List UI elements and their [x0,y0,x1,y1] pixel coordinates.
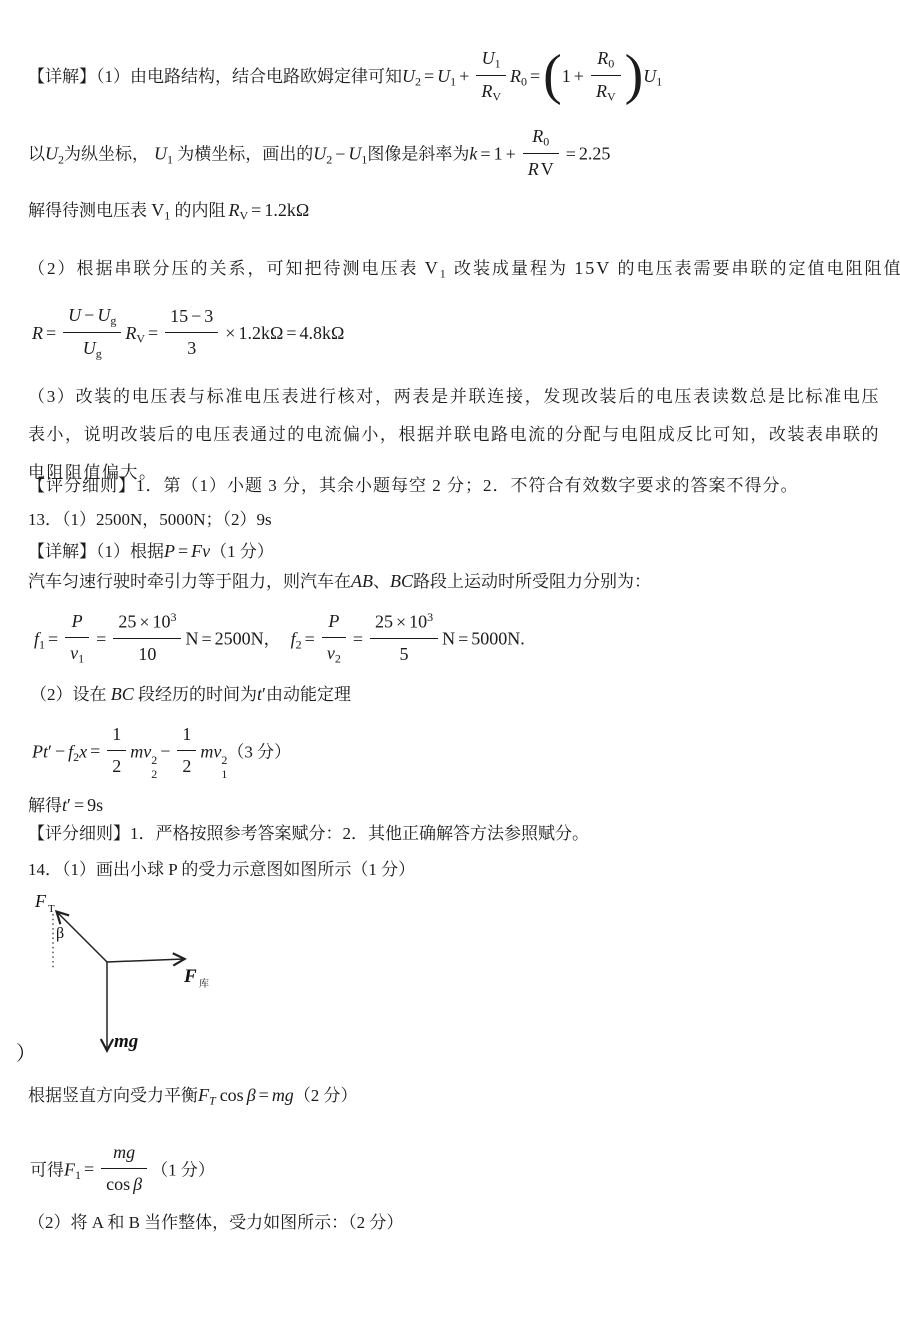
math-cn: （3 分） [227,742,291,761]
tension-arrow [57,912,107,962]
math-o: = [81,1159,97,1179]
math-v: AB [351,571,373,591]
math-sub: 2 [296,637,302,651]
math-cn: （1 分） [151,1160,215,1179]
math-r: cos [220,1085,244,1105]
math-v: U [348,144,361,164]
math-r: 10 [138,644,156,664]
fraction-denominator: v2 [322,638,346,668]
math-cn: 可得 [30,1160,64,1179]
math-r: 25 [375,612,393,632]
math-r: 1.2kΩ [264,200,309,220]
math-o: = [563,144,579,164]
math-r: 1 [112,724,121,744]
math-v: R [32,323,43,343]
math-r: 2500N [215,629,264,649]
math-o: = [527,66,543,86]
math-v: v [327,643,335,663]
formula-p-fv: 【详解】（1）根据P=Fv（1 分） [28,538,274,565]
scoring-rule-1: 【评分细则】1．第（1）小题 3 分，其余小题每空 2 分；2．不符合有效数字要… [28,473,799,499]
math-sub: V [607,89,616,103]
math-sub: 0 [543,135,549,149]
fraction-denominator: 2 [107,751,126,780]
math-cn: 段经历的时间为 [134,685,257,704]
math-v: Fv [191,541,210,561]
scoring-rule-2: 【评分细则】1．严格按照参考答案赋分：2．其他正确解答方法参照赋分。 [28,821,589,847]
math-r: 10 [409,612,427,632]
text-bc-time: （2）设在 BC 段经历的时间为t′由动能定理 [30,681,351,708]
fraction-numerator: U1 [476,45,506,76]
formula-f1-f2: f1=Pv1=25×10310N=2500N，f2=Pv2=25×1035N=5… [34,611,525,671]
math-v: R [597,48,608,68]
math-cn: （1 分） [210,542,274,561]
math-r: 1 [182,724,191,744]
math-fraction: 25×10310 [113,608,181,668]
math-o: = [175,541,191,561]
math-v: R [125,323,136,343]
math-cn: 汽车匀速行驶时牵引力等于阻力，则汽车在 [28,572,351,591]
math-r: V [541,159,554,179]
math-cn: 为纵坐标， [64,145,149,164]
math-r: 1 [562,66,571,86]
math-v: U [437,66,450,86]
math-o: − [52,741,68,761]
math-o: − [188,306,204,326]
math-r: 5000N [471,629,520,649]
fraction-denominator: cosβ [101,1169,147,1198]
math-cn: 、 [373,572,390,591]
text-q2-series-divider: （2）根据串联分压的关系，可知把待测电压表 V1 改装成量程为 15V 的电压表… [28,255,900,283]
math-r: 1.2kΩ [238,323,283,343]
subscript: 2 [151,768,157,782]
coulomb-force-subscript: 库 [199,977,209,990]
fraction-numerator: P [65,608,89,638]
math-o: − [332,144,348,164]
math-r: 3 [187,338,196,358]
math-v: R [532,126,543,146]
math-r: 1 [494,144,503,164]
math-v: R [229,200,240,220]
text-solve-t-9s: 解得t′=9s [28,792,103,819]
math-v: U [45,144,58,164]
math-v: U [68,305,81,325]
stray-paren-glyph: ） [16,1043,36,1065]
math-sub: V [136,332,145,346]
math-o: − [81,305,97,325]
fraction-denominator: 10 [113,639,181,668]
math-sup: 3 [427,610,433,624]
document-page: 【详解】（1）由电路结构，结合电路欧姆定律可知U2=U1+U1RVR0=(1+R… [0,0,900,1320]
math-o: × [136,612,152,632]
math-cn: 解得 [28,796,62,815]
math-o: = [455,629,471,649]
formula-kinetic-energy-theorem: Pt′−f2x=12mv22−12mv21（3 分） [32,724,291,783]
q13-answer: 13．（1）2500N，5000N；（2）9s [28,507,272,533]
math-o: + [571,66,587,86]
formula-u2-u1-relation: 【详解】（1）由电路结构，结合电路欧姆定律可知U2=U1+U1RVR0=(1+R… [28,48,662,108]
fraction-numerator: 15−3 [165,303,218,333]
math-cn: 解得待测电压表 [28,201,151,220]
fraction-numerator: mg [101,1139,147,1169]
math-r: N [185,629,198,649]
math-o: = [283,323,299,343]
math-cn: 路段上运动时所受阻力分别为： [413,572,651,591]
math-cn: （2）设在 [30,685,111,704]
math-v: F [64,1159,75,1179]
math-o: × [222,323,238,343]
math-v: P [164,541,175,561]
fraction-denominator: 2 [177,751,196,780]
math-v: β [133,1174,142,1194]
text-traction-equals-resistance: 汽车匀速行驶时牵引力等于阻力，则汽车在AB、BC路段上运动时所受阻力分别为： [28,568,651,595]
fraction-numerator: 25×103 [113,608,181,639]
math-cn: 根据竖直方向受力平衡 [28,1086,198,1105]
math-r: 10 [152,612,170,632]
math-sub: g [96,346,102,360]
fraction-numerator: 1 [177,721,196,751]
text-internal-resistance-result: 解得待测电压表 V1 的内阻RV=1.2kΩ [28,197,309,225]
math-o: + [503,144,519,164]
math-cn: 的电压表需要串联的定值电阻阻值为 [611,259,900,278]
math-v: U [643,66,656,86]
math-v: U [83,338,96,358]
tension-force-subscript: T [48,903,55,915]
math-v: v [70,643,78,663]
math-o: = [421,66,437,86]
formula-slope-k: 以U2为纵坐标，U1 为横坐标，画出的U2−U1图像是斜率为k=1+R0RV=2… [28,126,610,186]
coulomb-arrow [107,959,184,962]
math-o: = [477,144,493,164]
math-sub: 1 [78,652,84,666]
math-sub: 1 [440,267,448,281]
math-v: mv [200,741,221,761]
math-v: Pt [32,741,48,761]
math-r: . [520,629,525,649]
math-fraction: R0RV [523,123,559,183]
math-r: 2 [112,756,121,776]
math-fraction: 12 [177,721,196,780]
math-v: x [79,741,87,761]
math-r: 25 [118,612,136,632]
coulomb-force-label: F [183,966,197,987]
math-fraction: 25×1035 [370,608,438,668]
fraction-denominator: RV [476,76,506,106]
math-v: U [482,48,495,68]
math-cn: 由动能定理 [266,685,351,704]
math-o: × [393,612,409,632]
fraction-denominator: v1 [65,638,89,668]
math-r: 2 [182,756,191,776]
math-v: P [72,611,83,631]
math-o: = [87,741,103,761]
math-cn: 图像是斜率为 [367,145,469,164]
math-cn: 【详解】（1）由电路结构，结合电路欧姆定律可知 [28,67,402,86]
formula-series-resistor: R=U−UgUgRV=15−33×1.2kΩ=4.8kΩ [32,305,344,365]
math-o: = [45,629,61,649]
fraction-denominator: RV [523,154,559,183]
math-r: 2.25 [579,144,611,164]
math-v: mv [130,741,151,761]
math-o: = [43,323,59,343]
tension-force-label: F [34,891,47,911]
q14-part2-heading: （2）将 A 和 B 当作整体，受力如图所示：（2 分） [28,1210,403,1236]
math-v: β [247,1085,256,1105]
fraction-denominator: 3 [165,333,218,362]
math-o: = [93,629,109,649]
math-fraction: U−UgUg [63,302,121,362]
math-o: = [198,629,214,649]
math-o: = [302,629,318,649]
math-r: 5 [400,644,409,664]
math-r: V [425,258,440,278]
math-sub: 1 [656,75,662,89]
math-v: U [402,66,415,86]
math-v: BC [111,684,134,704]
fraction-numerator: R0 [591,45,621,76]
math-v: U [313,144,326,164]
math-sub: 1 [495,57,501,71]
math-v: P [328,611,339,631]
math-v: U [154,144,167,164]
math-fraction: mgcosβ [101,1139,147,1198]
math-r: 15V [574,258,611,278]
math-v: U [97,305,110,325]
fraction-denominator: Ug [63,333,121,363]
formula-vertical-balance: 根据竖直方向受力平衡FTcosβ=mg（2 分） [28,1082,358,1110]
math-r: 4.8kΩ [300,323,345,343]
math-sup: 3 [170,610,176,624]
math-cn: 为横坐标，画出的 [173,145,313,164]
q14-heading: 14．（1）画出小球 P 的受力示意图如图所示（1 分） [28,857,415,883]
math-v: F [198,1085,209,1105]
math-cn: 的内阻 [170,201,225,220]
math-cn: （2 分） [294,1086,358,1105]
math-v: mg [272,1085,294,1105]
math-cn: 以 [28,145,45,164]
math-subi: T [209,1094,216,1108]
math-cn: 改装成量程为 [448,259,575,278]
math-o: − [157,741,173,761]
math-fraction: U1RV [476,45,506,105]
subscript: 1 [221,768,227,782]
math-sub: 2 [335,652,341,666]
math-r: 3 [204,306,213,326]
math-cn: 【详解】（1）根据 [28,542,164,561]
fraction-denominator: RV [591,76,621,106]
weight-label: mg [114,1031,138,1052]
fraction-numerator: P [322,608,346,638]
math-r: V [151,200,164,220]
fraction-numerator: 25×103 [370,608,438,639]
math-fraction: R0RV [591,45,621,105]
fraction-denominator: 5 [370,639,438,668]
math-sub: g [110,314,116,328]
math-o: = [256,1085,272,1105]
math-o: + [456,66,472,86]
math-fraction: 12 [107,721,126,780]
math-o: = [350,629,366,649]
math-cn: ， [264,630,281,649]
math-fraction: Pv1 [65,608,89,668]
math-fraction: 15−33 [165,303,218,362]
math-v: R [528,159,539,179]
math-v: R [510,66,521,86]
math-sub: V [240,209,249,223]
math-v: R [481,81,492,101]
force-diagram: F T β F 库 mg ） [0,885,250,1080]
math-o: = [145,323,161,343]
formula-f1-result: 可得F1=mgcosβ（1 分） [30,1142,215,1201]
math-sub: 0 [608,57,614,71]
math-r: 15 [170,306,188,326]
fraction-numerator: 1 [107,721,126,751]
math-r: 9s [87,795,103,815]
math-fraction: Pv2 [322,608,346,668]
math-r: N [442,629,455,649]
math-sub: V [492,89,501,103]
fraction-numerator: U−Ug [63,302,121,333]
fraction-numerator: R0 [523,123,559,154]
math-o: = [71,795,87,815]
math-cn: （2）根据串联分压的关系，可知把待测电压表 [28,259,425,278]
beta-angle-label: β [56,925,64,942]
math-v: mg [113,1142,135,1162]
math-o: = [248,200,264,220]
math-v: BC [390,571,413,591]
math-r: cos [106,1174,130,1194]
math-v: R [596,81,607,101]
